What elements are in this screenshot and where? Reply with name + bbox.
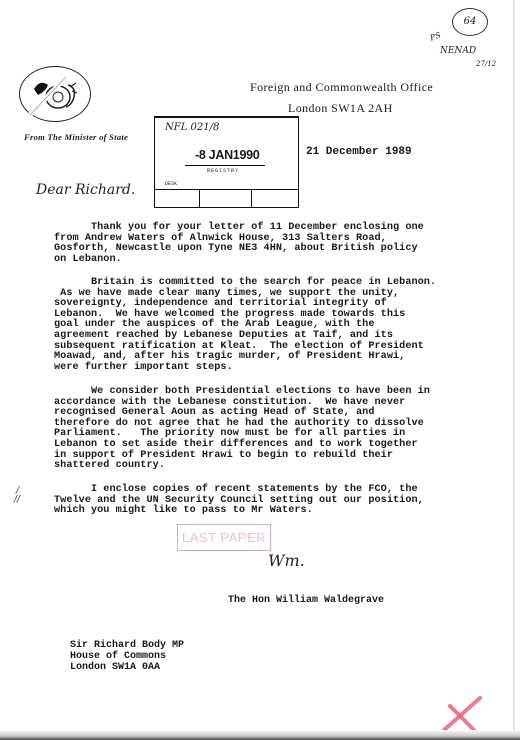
scan-edge-bottom xyxy=(0,730,520,740)
received-date: -8 JAN1990 xyxy=(195,148,259,162)
stamp-divider xyxy=(185,165,265,166)
handwritten-annotation: PS xyxy=(429,30,442,42)
handwritten-annotation-date: 27/12 xyxy=(476,60,496,68)
salutation: Dear Richard. xyxy=(36,182,135,198)
stamp-cell-divider xyxy=(199,189,200,207)
recipient-line: London SW1A 0AA xyxy=(70,662,184,673)
recipient-line: House of Commons xyxy=(70,651,184,662)
letter-paragraph: Thank you for your letter of 11 December… xyxy=(54,223,424,265)
last-paper-stamp: LAST PAPER xyxy=(177,524,271,551)
folio-number: 64 xyxy=(452,8,488,36)
scan-edge-right xyxy=(513,0,515,740)
office-address: London SW1A 2AH xyxy=(288,101,393,116)
red-cross-mark-icon xyxy=(440,692,484,732)
letter-paragraph: Britain is committed to the search for p… xyxy=(54,278,436,373)
stamp-cell-divider xyxy=(251,189,252,207)
royal-crest-icon xyxy=(19,66,91,122)
signatory-name: The Hon William Waldegrave xyxy=(228,595,384,606)
letter-paragraph: I enclose copies of recent statements by… xyxy=(54,485,424,517)
letter-paragraph: We consider both Presidential elections … xyxy=(54,387,430,472)
from-minister-label: From The Minister of State xyxy=(24,132,128,142)
recipient-name: Sir Richard Body MP xyxy=(70,640,184,651)
stamp-sub-label: REGISTRY xyxy=(207,168,239,174)
stamp-desk-label: DESK xyxy=(165,181,177,187)
recipient-address: Sir Richard Body MP House of Commons Lon… xyxy=(70,640,184,673)
letter-date: 21 December 1989 xyxy=(306,146,412,158)
handwritten-annotation: NENAD xyxy=(440,46,476,56)
stamp-divider xyxy=(155,189,298,190)
registry-stamp: NFL 021/8 -8 JAN1990 REGISTRY DESK xyxy=(154,116,299,208)
office-name: Foreign and Commonwealth Office xyxy=(250,80,433,95)
registry-reference: NFL 021/8 xyxy=(165,122,219,133)
margin-mark: // xyxy=(14,495,20,505)
signature: Wm. xyxy=(268,551,305,570)
